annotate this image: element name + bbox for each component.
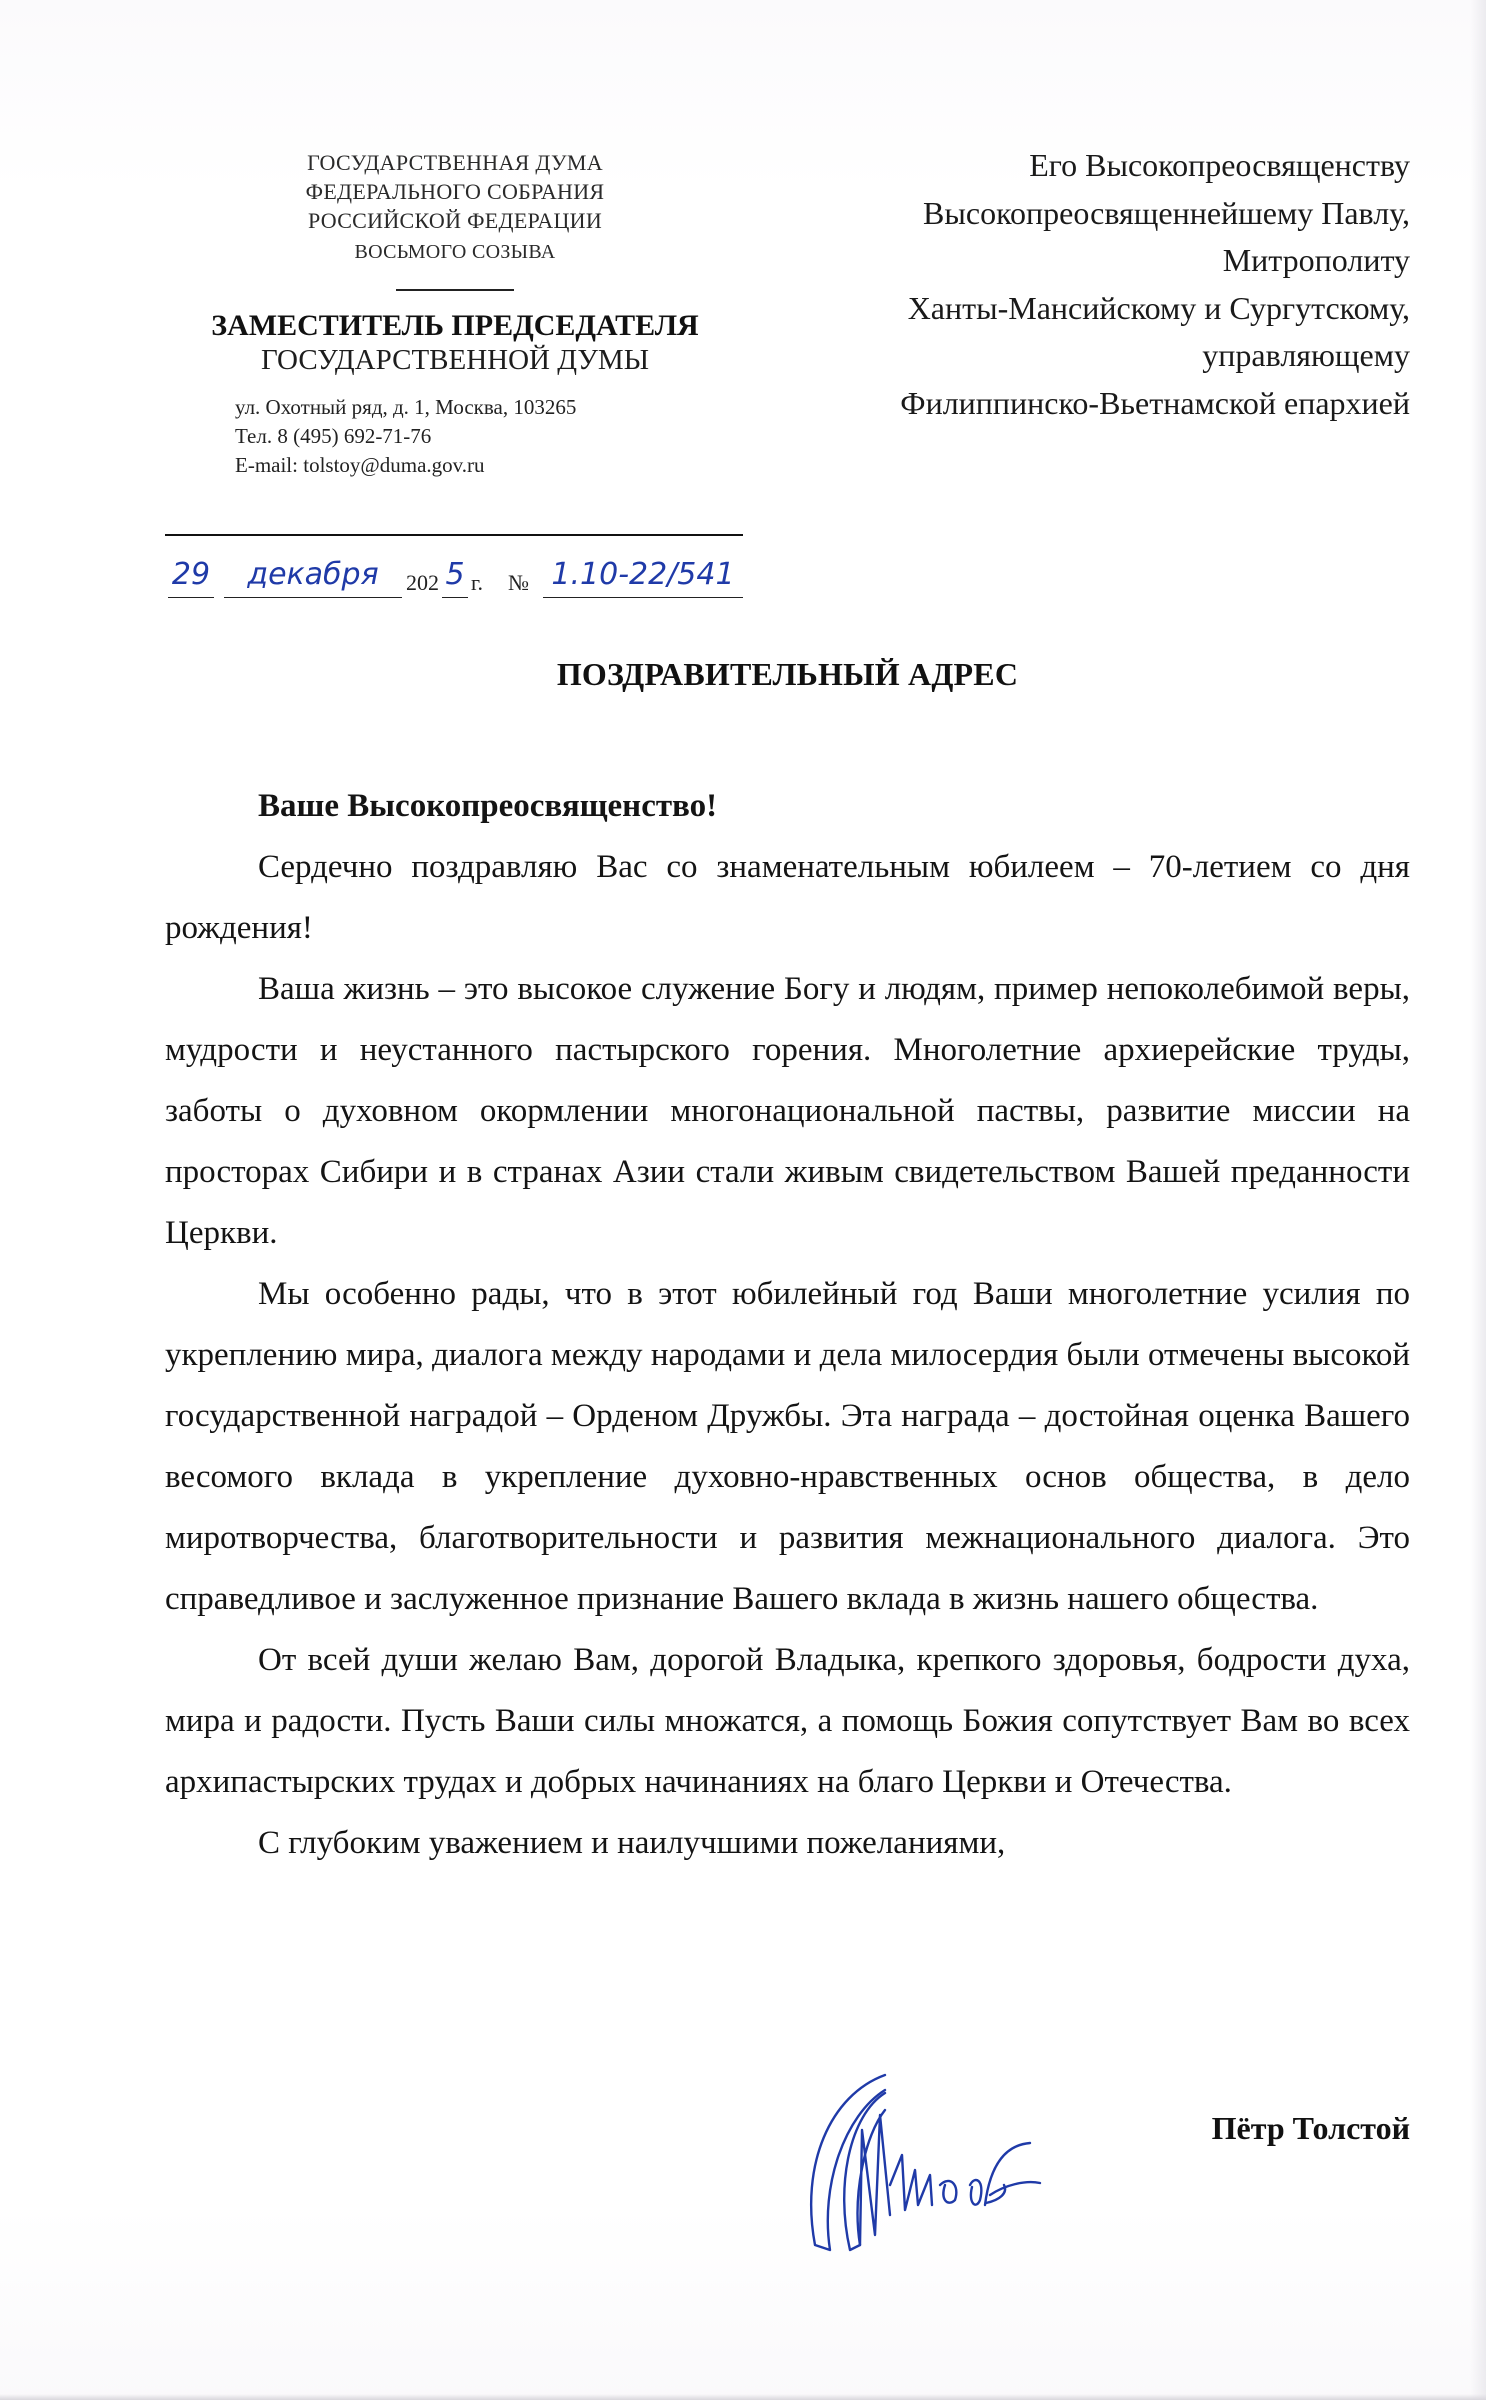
body-paragraph: Сердечно поздравляю Вас со знаменательны…	[165, 837, 1410, 959]
sender-contacts: ул. Охотный ряд, д. 1, Москва, 103265 Те…	[235, 393, 745, 480]
date-year-unit: г.	[471, 570, 483, 596]
salutation: Ваше Высокопреосвященство!	[165, 776, 1410, 837]
letterhead-divider	[396, 289, 514, 291]
date-day: 29	[168, 555, 214, 598]
body-paragraph: Ваша жизнь – это высокое служение Богу и…	[165, 959, 1410, 1264]
recipient-line: Митрополиту	[790, 237, 1410, 285]
date-year-prefix: 202	[406, 570, 439, 596]
letterhead-organization: ГОСУДАРСТВЕННАЯ ДУМА ФЕДЕРАЛЬНОГО СОБРАН…	[165, 148, 745, 267]
document-title: ПОЗДРАВИТЕЛЬНЫЙ АДРЕС	[165, 656, 1410, 693]
convocation: ВОСЬМОГО СОЗЫВА	[165, 238, 745, 267]
handwritten-signature	[790, 2035, 1080, 2265]
page-bottom-shadow	[0, 2394, 1486, 2400]
recipient-line: управляющему	[790, 332, 1410, 380]
reference-line: 29 декабря 202 5 г. № 1.10-22/541	[168, 556, 768, 608]
recipient-line: Его Высокопреосвященству	[790, 142, 1410, 190]
org-line: ГОСУДАРСТВЕННАЯ ДУМА	[165, 148, 745, 177]
document-number: 1.10-22/541	[543, 555, 743, 598]
sender-email: E-mail: tolstoy@duma.gov.ru	[235, 451, 745, 480]
recipient-line: Ханты-Мансийскому и Сургутскому,	[790, 285, 1410, 333]
page-edge-shadow	[1470, 0, 1486, 2400]
closing-line: С глубоким уважением и наилучшими пожела…	[165, 1813, 1410, 1874]
org-line: РОССИЙСКОЙ ФЕДЕРАЦИИ	[165, 206, 745, 235]
body-paragraph: Мы особенно рады, что в этот юбилейный г…	[165, 1264, 1410, 1630]
number-label: №	[508, 570, 529, 596]
date-month: декабря	[224, 555, 402, 598]
sender-position: ЗАМЕСТИТЕЛЬ ПРЕДСЕДАТЕЛЯ	[165, 309, 745, 343]
letterhead-rule	[165, 534, 743, 536]
sender-position-sub: ГОСУДАРСТВЕННОЙ ДУМЫ	[165, 343, 745, 377]
signature-icon	[790, 2035, 1080, 2265]
org-line: ФЕДЕРАЛЬНОГО СОБРАНИЯ	[165, 177, 745, 206]
body-paragraph: От всей души желаю Вам, дорогой Владыка,…	[165, 1630, 1410, 1813]
letterhead: ГОСУДАРСТВЕННАЯ ДУМА ФЕДЕРАЛЬНОГО СОБРАН…	[165, 148, 745, 480]
recipient-line: Филиппинско-Вьетнамской епархией	[790, 380, 1410, 428]
sender-phone: Тел. 8 (495) 692-71-76	[235, 422, 745, 451]
sender-address: ул. Охотный ряд, д. 1, Москва, 103265	[235, 393, 745, 422]
date-year-suffix: 5	[442, 555, 468, 598]
letter-page: ГОСУДАРСТВЕННАЯ ДУМА ФЕДЕРАЛЬНОГО СОБРАН…	[0, 0, 1486, 2400]
recipient-line: Высокопреосвященнейшему Павлу,	[790, 190, 1410, 238]
letter-body: Ваше Высокопреосвященство! Сердечно позд…	[165, 776, 1410, 1874]
signer-name: Пётр Толстой	[1212, 2110, 1410, 2147]
recipient-block: Его Высокопреосвященству Высокопреосвяще…	[790, 142, 1410, 427]
